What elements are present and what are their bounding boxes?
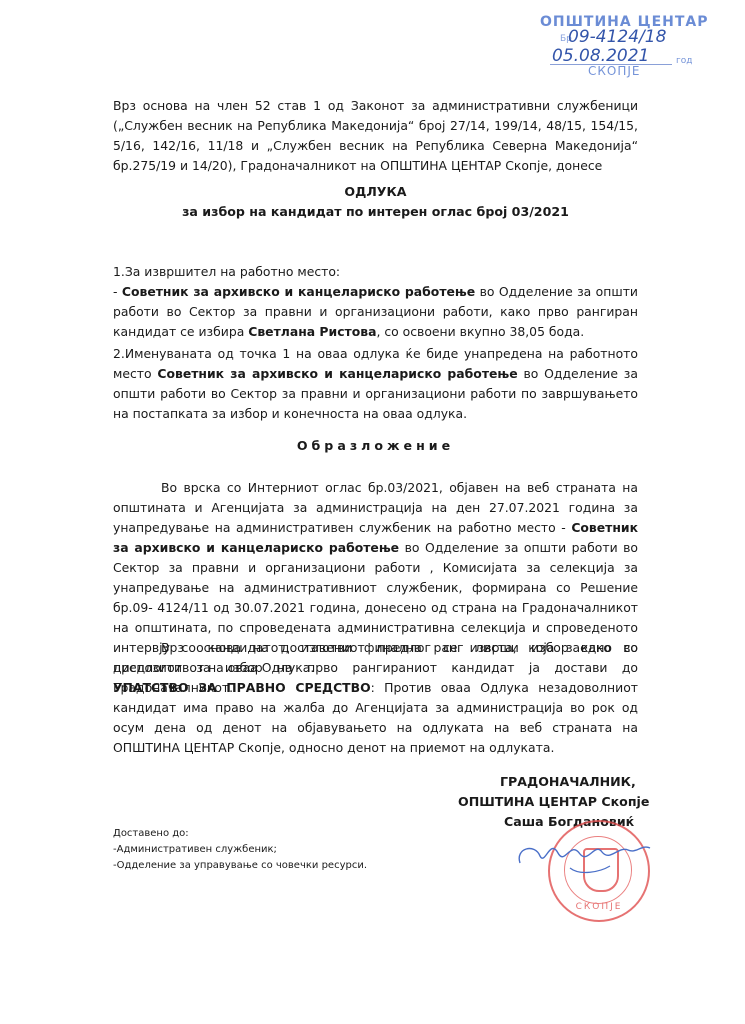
- reasoning-text-a: Во врска со Интерниот оглас бр.03/2021, …: [113, 480, 638, 535]
- document-page: ОПШТИНА ЦЕНТАР Бр 09-4124/18 05.08.2021 …: [0, 0, 745, 1024]
- dash: -: [113, 284, 122, 299]
- item-2: 2.Именуваната од точка 1 на оваа одлука …: [113, 344, 638, 424]
- stamp-number: 09-4124/18: [568, 27, 666, 47]
- legal-remedy-label: УПАТСТВО ЗА ПРАВНО СРЕДСТВО: [113, 680, 371, 695]
- item-1: 1.За извршител на работно место: - Совет…: [113, 262, 638, 342]
- distribution-heading: Доставено до:: [113, 826, 367, 842]
- legal-remedy-paragraph: УПАТСТВО ЗА ПРАВНО СРЕДСТВО: Против оваа…: [113, 678, 638, 758]
- position-name: Советник за архивско и канцелариско рабо…: [122, 284, 475, 299]
- stamp-date: 05.08.2021: [552, 46, 649, 66]
- item-1-heading: 1.За извршител на работно место:: [113, 262, 638, 282]
- basis-paragraph: Врз основа на доставениот предлог се изв…: [113, 638, 638, 678]
- document-title: ОДЛУКА: [113, 184, 638, 199]
- intro-paragraph: Врз основа на член 52 став 1 од Законот …: [113, 96, 638, 176]
- seal-city: СКОПЈЕ: [550, 902, 648, 912]
- distribution-item: -Административен службеник;: [113, 842, 367, 858]
- signatory-role: ГРАДОНАЧАЛНИК,: [500, 772, 636, 792]
- handwritten-signature: [510, 828, 660, 878]
- reasoning-heading: Образложение: [113, 438, 638, 453]
- registry-stamp: ОПШТИНА ЦЕНТАР Бр 09-4124/18 05.08.2021 …: [540, 14, 710, 80]
- item-1-text-b: , со освоени вкупно 38,05 бода.: [376, 324, 584, 339]
- item-1-body: - Советник за архивско и канцелариско ра…: [113, 282, 638, 342]
- stamp-god-label: год: [676, 56, 692, 66]
- document-subtitle: за избор на кандидат по интерен оглас бр…: [113, 204, 638, 219]
- stamp-city: СКОПЈЕ: [588, 64, 641, 78]
- position-name: Советник за архивско и канцелариско рабо…: [157, 366, 517, 381]
- distribution-list: Доставено до: -Административен службеник…: [113, 826, 367, 874]
- distribution-item: -Одделение за управување со човечки ресу…: [113, 858, 367, 874]
- candidate-name: Светлана Ристова: [248, 324, 376, 339]
- signatory-org: ОПШТИНА ЦЕНТАР Скопје: [458, 792, 649, 812]
